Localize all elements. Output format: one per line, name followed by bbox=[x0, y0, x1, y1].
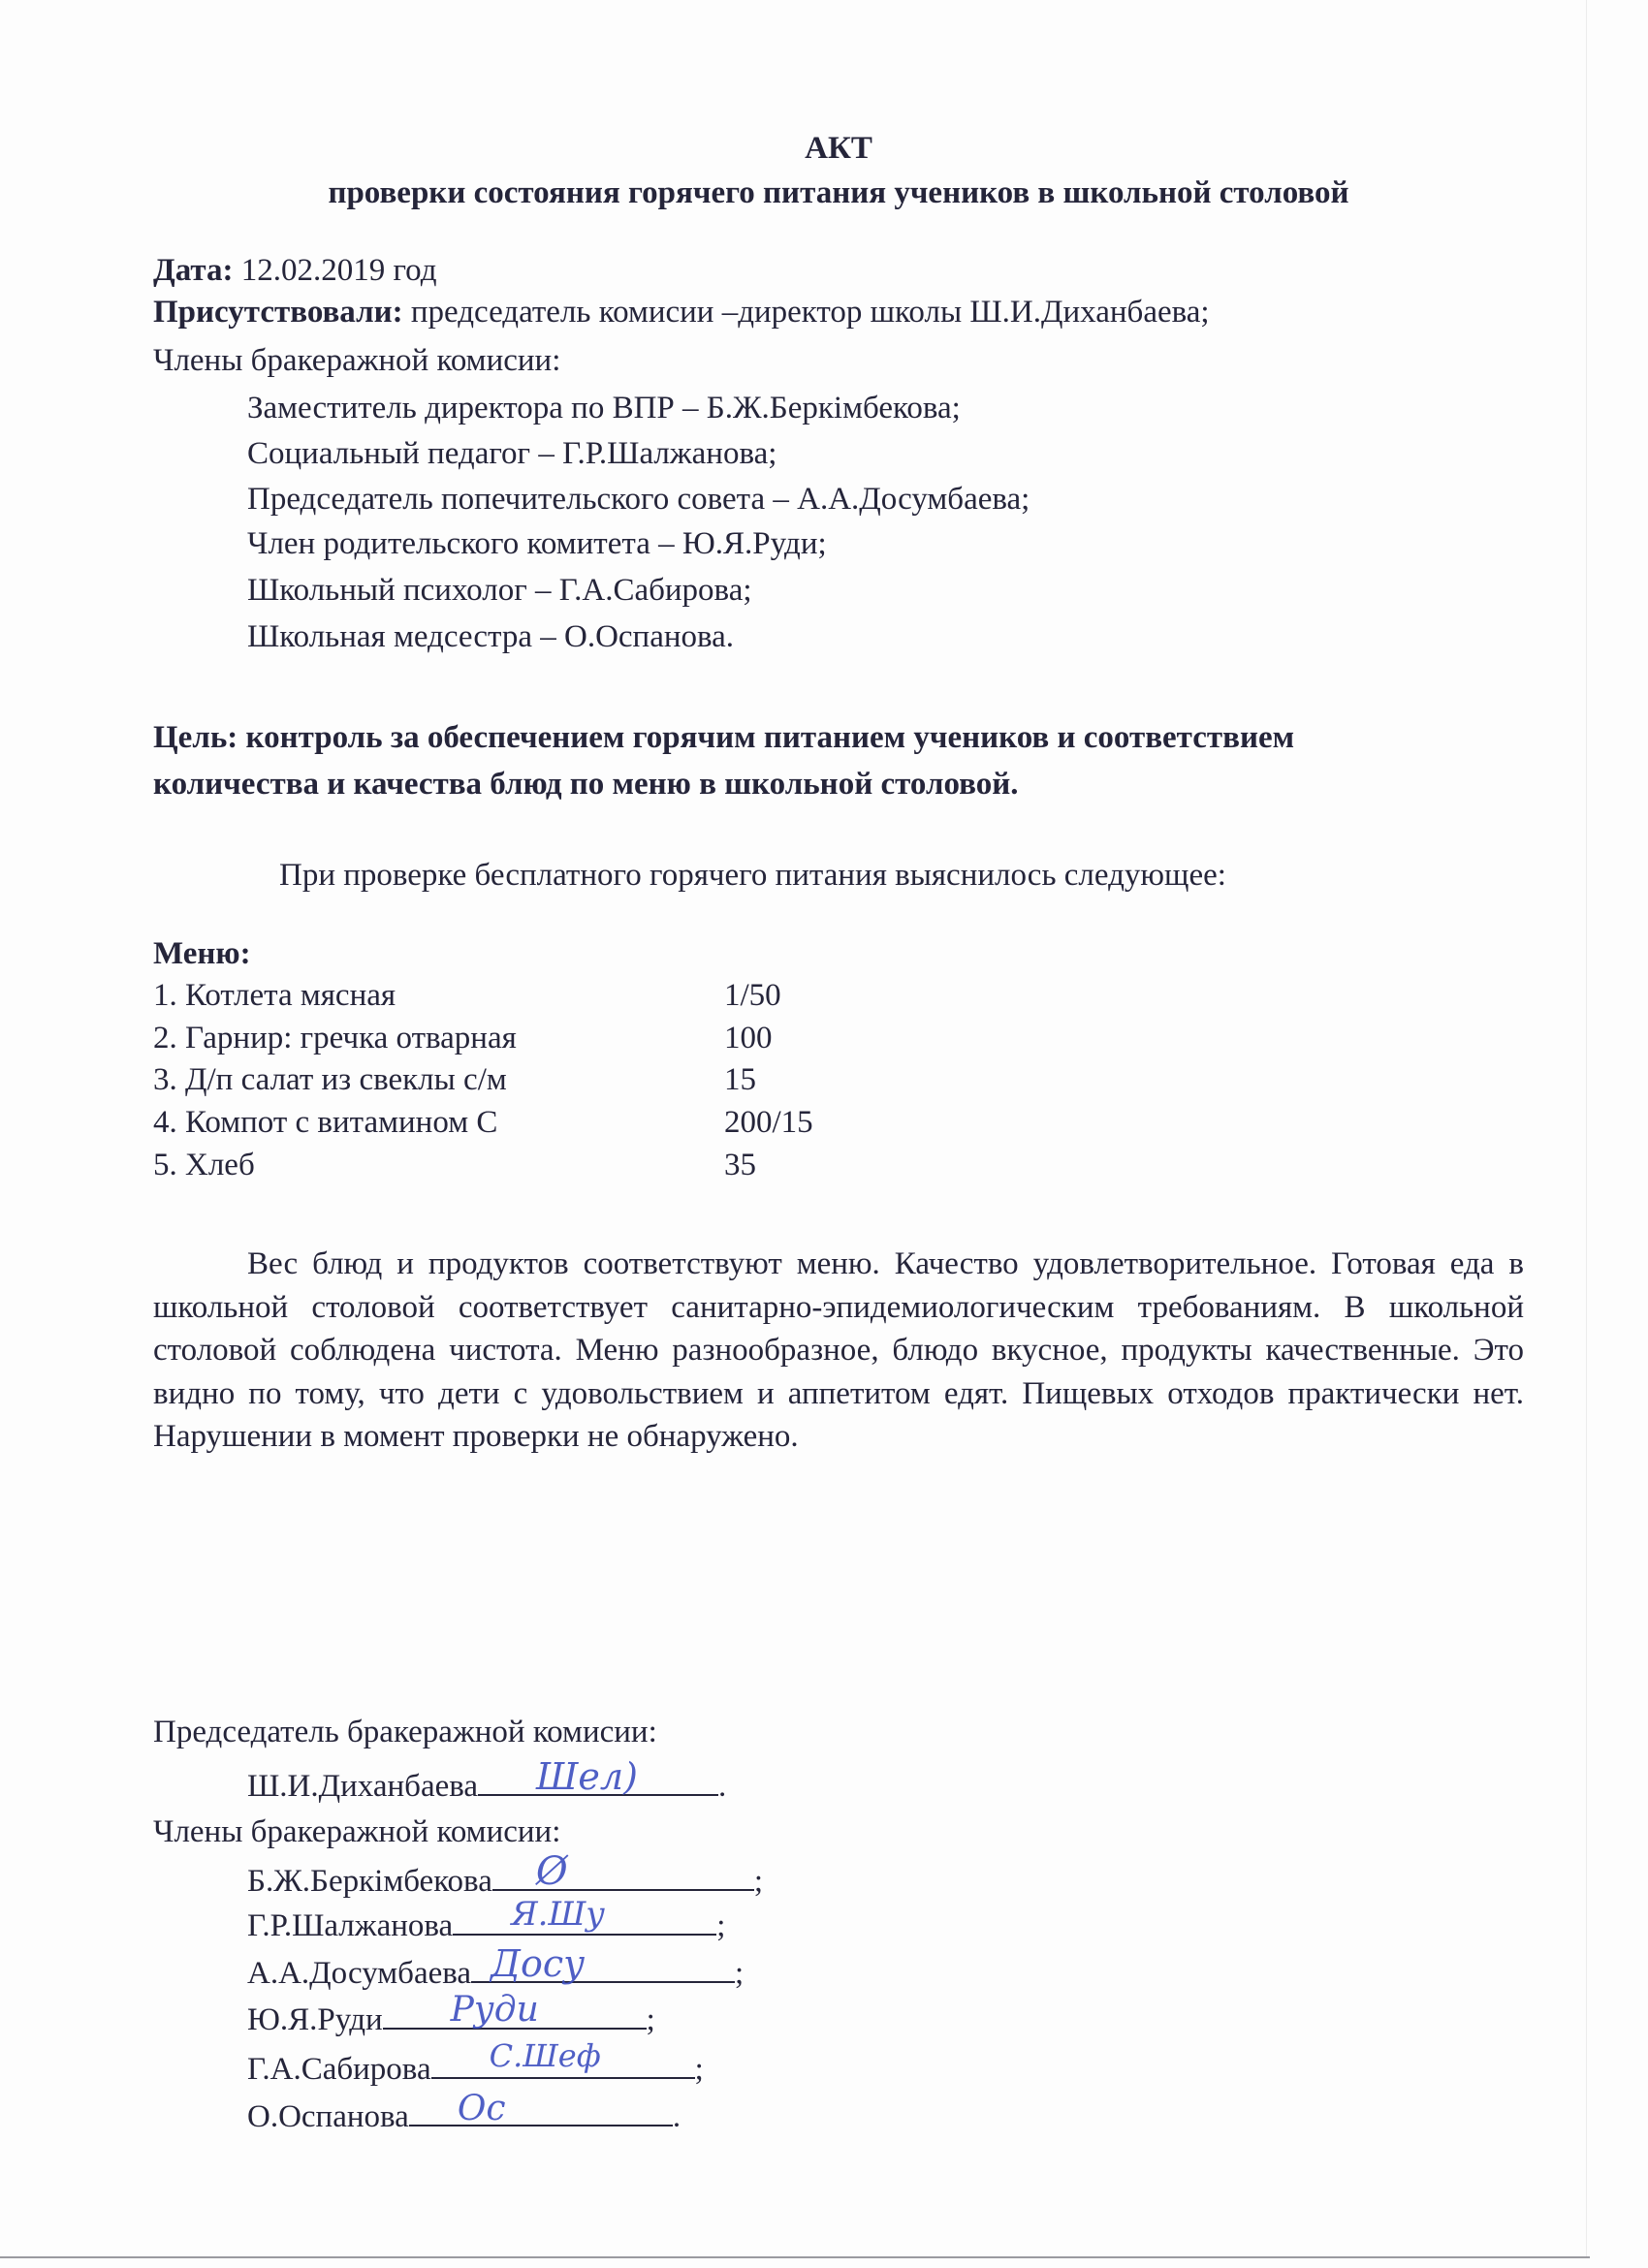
menu-item-portion: 200/15 bbox=[724, 1103, 813, 1142]
commission-member: Школьная медсестра – О.Оспанова. bbox=[247, 617, 734, 656]
menu-item-portion: 15 bbox=[724, 1060, 756, 1099]
menu-item-name: 5. Хлеб bbox=[153, 1148, 255, 1182]
conclusion-paragraph: Вес блюд и продуктов соответствуют меню.… bbox=[153, 1243, 1524, 1459]
line-end-mark: ; bbox=[735, 1956, 744, 1991]
signature-line: Ос bbox=[409, 2095, 673, 2126]
handwritten-signature: Шел) bbox=[536, 1757, 638, 1796]
signature-row: Г.Р.ШалжановаЯ.Шу; bbox=[247, 1905, 725, 1945]
signature-line: Досу bbox=[471, 1952, 735, 1983]
menu-item-name: 3. Д/п салат из свеклы с/м bbox=[153, 1062, 507, 1097]
menu-item-portion: 35 bbox=[724, 1146, 756, 1184]
signatory-name: Ю.Я.Руди bbox=[247, 2002, 383, 2037]
members-heading: Члены бракеражной комисии: bbox=[153, 1812, 560, 1851]
signature-row: Ю.Я.РудиРуди; bbox=[247, 1999, 655, 2039]
chair-heading: Председатель бракеражной комисии: bbox=[153, 1713, 657, 1751]
document-subtitle: проверки состояния горячего питания учен… bbox=[0, 173, 1648, 212]
date-label: Дата: bbox=[153, 253, 233, 288]
present-label: Присутствовали: bbox=[153, 295, 403, 330]
scan-edge-bottom bbox=[0, 2256, 1590, 2258]
commission-member: Социальный педагог – Г.Р.Шалжанова; bbox=[247, 434, 776, 473]
menu-item: 4. Компот с витамином С 200/15 bbox=[153, 1103, 1026, 1142]
date-value: 12.02.2019 год bbox=[233, 253, 436, 288]
signature-line: Руди bbox=[383, 1999, 647, 2030]
goal-line-1: Цель: контроль за обеспечением горячим п… bbox=[153, 718, 1294, 757]
line-end-mark: ; bbox=[754, 1864, 763, 1899]
signature-line: С.Шеф bbox=[431, 2048, 695, 2079]
menu-item-name: 1. Котлета мясная bbox=[153, 978, 396, 1013]
menu-item: 1. Котлета мясная 1/50 bbox=[153, 976, 1026, 1015]
handwritten-signature: Я.Шу bbox=[511, 1895, 605, 1934]
signature-row: Б.Ж.БеркімбековаØ; bbox=[247, 1860, 763, 1901]
line-end-mark: ; bbox=[716, 1908, 725, 1943]
commission-member: Заместитель директора по ВПР – Б.Ж.Беркі… bbox=[247, 389, 961, 427]
menu-item-portion: 100 bbox=[724, 1019, 773, 1057]
signature-row: О.ОспановаОс. bbox=[247, 2095, 681, 2136]
present-value: председатель комисии –директор школы Ш.И… bbox=[403, 295, 1210, 330]
signatory-name: О.Оспанова bbox=[247, 2099, 409, 2134]
handwritten-signature: Ос bbox=[458, 2090, 506, 2128]
commission-member: Председатель попечительского совета – А.… bbox=[247, 480, 1030, 519]
menu-item: 2. Гарнир: гречка отварная 100 bbox=[153, 1019, 1026, 1057]
signature-line: Шел) bbox=[478, 1765, 718, 1796]
menu-item-name: 4. Компот с витамином С bbox=[153, 1105, 497, 1140]
handwritten-signature: С.Шеф bbox=[490, 2036, 601, 2075]
menu-item: 3. Д/п салат из свеклы с/м 15 bbox=[153, 1060, 1026, 1099]
signatory-name: Ш.И.Диханбаева bbox=[247, 1769, 478, 1804]
menu-label: Меню: bbox=[153, 934, 251, 973]
menu-item-name: 2. Гарнир: гречка отварная bbox=[153, 1021, 517, 1055]
present-line: Присутствовали: председатель комисии –ди… bbox=[153, 293, 1210, 331]
menu-item: 5. Хлеб 35 bbox=[153, 1146, 1026, 1184]
line-end-mark: ; bbox=[695, 2052, 704, 2087]
signature-line: Ø bbox=[492, 1860, 754, 1891]
commission-member: Член родительского комитета – Ю.Я.Руди; bbox=[247, 524, 827, 563]
line-end-mark: . bbox=[673, 2099, 681, 2134]
signatory-name: Г.Р.Шалжанова bbox=[247, 1908, 453, 1943]
menu-item-portion: 1/50 bbox=[724, 976, 781, 1015]
signature-row: Г.А.СабироваС.Шеф; bbox=[247, 2048, 704, 2089]
signatory-name: Г.А.Сабирова bbox=[247, 2052, 431, 2087]
signatory-name: Б.Ж.Беркімбекова bbox=[247, 1864, 492, 1899]
line-end-mark: ; bbox=[647, 2002, 655, 2037]
signature-row-chair: Ш.И.ДиханбаеваШел). bbox=[247, 1765, 726, 1806]
handwritten-signature: Ø bbox=[536, 1852, 568, 1891]
handwritten-signature: Руди bbox=[451, 1991, 539, 2030]
line-end-mark: . bbox=[718, 1769, 726, 1804]
intro-line: При проверке бесплатного горячего питани… bbox=[279, 856, 1226, 895]
signatory-name: А.А.Досумбаева bbox=[247, 1956, 471, 1991]
date-line: Дата: 12.02.2019 год bbox=[153, 251, 437, 290]
commission-member: Школьный психолог – Г.А.Сабирова; bbox=[247, 571, 752, 610]
scan-edge-right bbox=[1586, 0, 1587, 2258]
signature-row: А.А.ДосумбаеваДосу; bbox=[247, 1952, 744, 1993]
handwritten-signature: Досу bbox=[491, 1944, 585, 1983]
commission-heading: Члены бракеражной комисии: bbox=[153, 341, 560, 380]
document-title: АКТ bbox=[0, 129, 1648, 168]
signature-line: Я.Шу bbox=[453, 1905, 716, 1936]
goal-line-2: количества и качества блюд по меню в шко… bbox=[153, 765, 1019, 803]
